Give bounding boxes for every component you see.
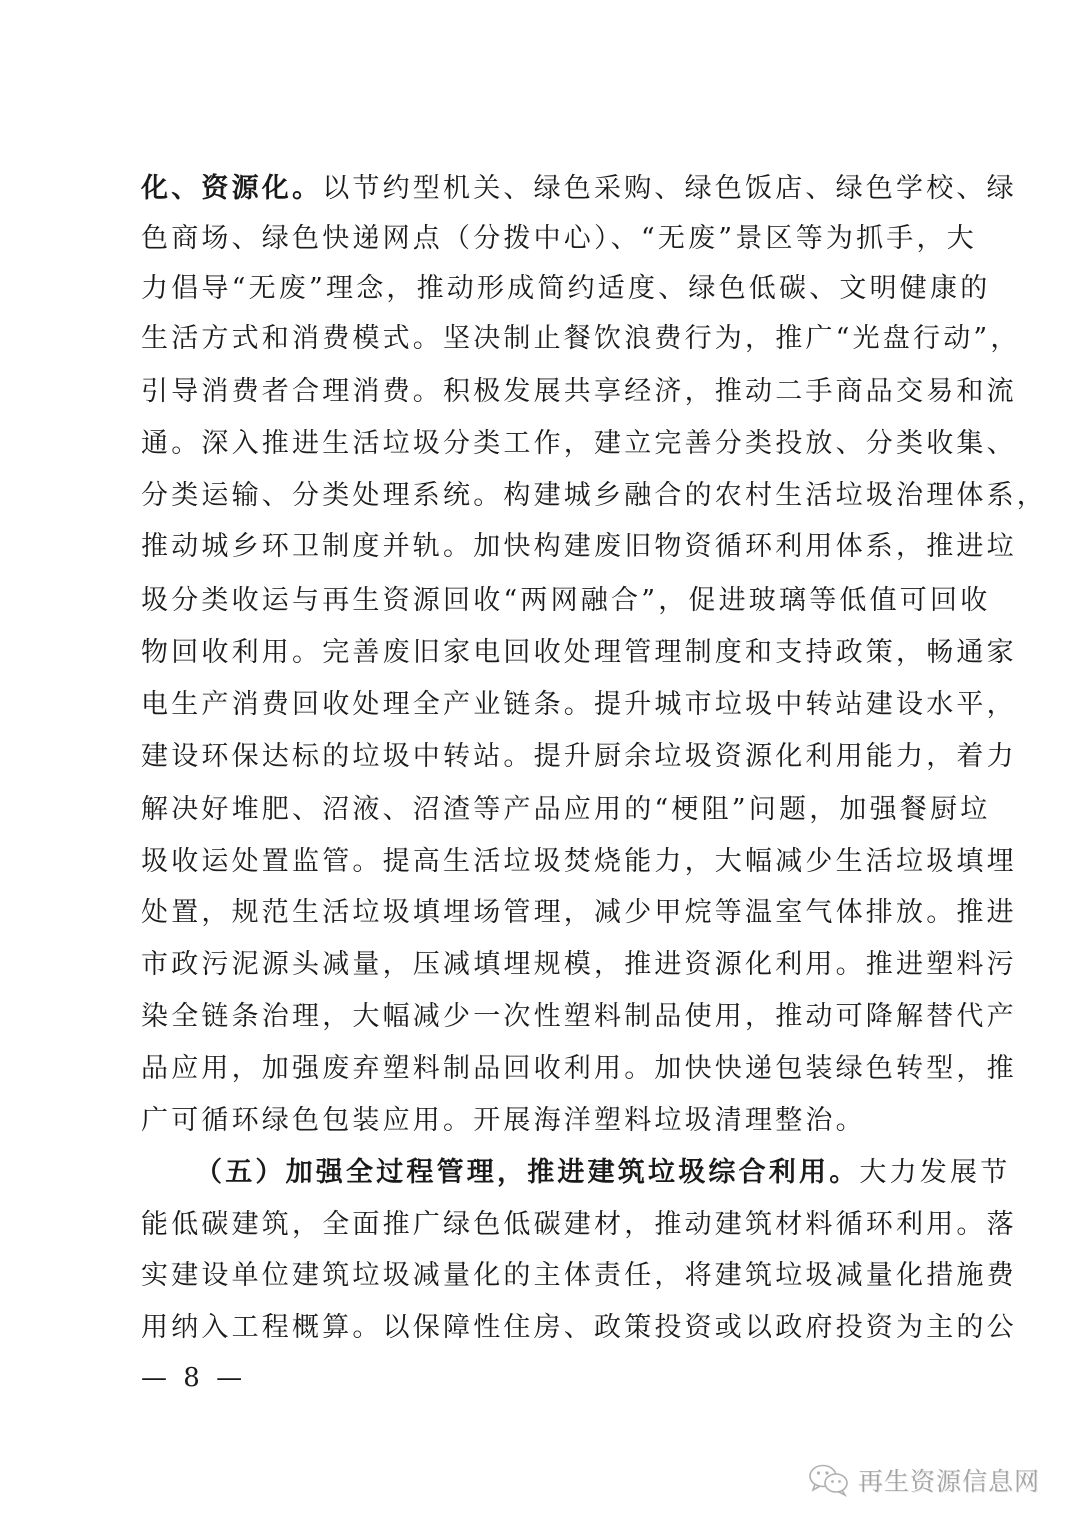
text-line: 能低碳建筑，全面推广绿色低碳建材，推动建筑材料循环利用。落	[141, 1208, 941, 1242]
text-line: 建设环保达标的垃圾中转站。提升厨余垃圾资源化利用能力，着力	[141, 740, 941, 774]
text-line: 用纳入工程概算。以保障性住房、政策投资或以政府投资为主的公	[141, 1311, 941, 1345]
text-line: 推动城乡环卫制度并轨。加快构建废旧物资循环利用体系，推进垃	[141, 530, 941, 564]
text-line: 色商场、绿色快递网点（分拨中心）、“无废”景区等为抓手，大	[141, 222, 941, 256]
text-line: 力倡导“无废”理念，推动形成简约适度、绿色低碳、文明健康的	[141, 272, 941, 306]
text-line: 染全链条治理，大幅减少一次性塑料制品使用，推动可降解替代产	[141, 1000, 941, 1034]
text-line: 分类运输、分类处理系统。构建城乡融合的农村生活垃圾治理体系，	[141, 479, 941, 513]
wechat-icon	[808, 1463, 850, 1497]
text-line: 化、资源化。以节约型机关、绿色采购、绿色饭店、绿色学校、绿	[141, 172, 941, 206]
page-number: — 8 —	[141, 1362, 246, 1394]
text-line: 市政污泥源头减量，压减填埋规模，推进资源化利用。推进塑料污	[141, 948, 941, 982]
text-line: （五）加强全过程管理，推进建筑垃圾综合利用。大力发展节	[195, 1156, 941, 1190]
text-line: 电生产消费回收处理全产业链条。提升城市垃圾中转站建设水平，	[141, 688, 941, 722]
text-line: 引导消费者合理消费。积极发展共享经济，推动二手商品交易和流	[141, 375, 941, 409]
bold-heading: 化、资源化。	[141, 173, 322, 204]
document-page: 化、资源化。以节约型机关、绿色采购、绿色饭店、绿色学校、绿 色商场、绿色快递网点…	[0, 0, 1080, 1527]
text-line: 圾收运处置监管。提高生活垃圾焚烧能力，大幅减少生活垃圾填埋	[141, 845, 941, 879]
watermark-text: 再生资源信息网	[858, 1462, 1040, 1498]
watermark: 再生资源信息网	[808, 1460, 1040, 1500]
text-line: 解决好堆肥、沼液、沼渣等产品应用的“梗阻”问题，加强餐厨垃	[141, 793, 941, 827]
text-line: 通。深入推进生活垃圾分类工作，建立完善分类投放、分类收集、	[141, 427, 941, 461]
text-line: 生活方式和消费模式。坚决制止餐饮浪费行为，推广“光盘行动”，	[141, 322, 941, 356]
text-line: 圾分类收运与再生资源回收“两网融合”，促进玻璃等低值可回收	[141, 584, 941, 618]
text-line: 实建设单位建筑垃圾减量化的主体责任，将建筑垃圾减量化措施费	[141, 1259, 941, 1293]
text-line: 处置，规范生活垃圾填埋场管理，减少甲烷等温室气体排放。推进	[141, 896, 941, 930]
section-heading: （五）加强全过程管理，推进建筑垃圾综合利用。	[195, 1157, 859, 1188]
text-line: 品应用，加强废弃塑料制品回收利用。加快快递包装绿色转型，推	[141, 1052, 941, 1086]
text-line: 广可循环绿色包装应用。开展海洋塑料垃圾清理整治。	[141, 1104, 941, 1138]
text-line: 物回收利用。完善废旧家电回收处理管理制度和支持政策，畅通家	[141, 636, 941, 670]
